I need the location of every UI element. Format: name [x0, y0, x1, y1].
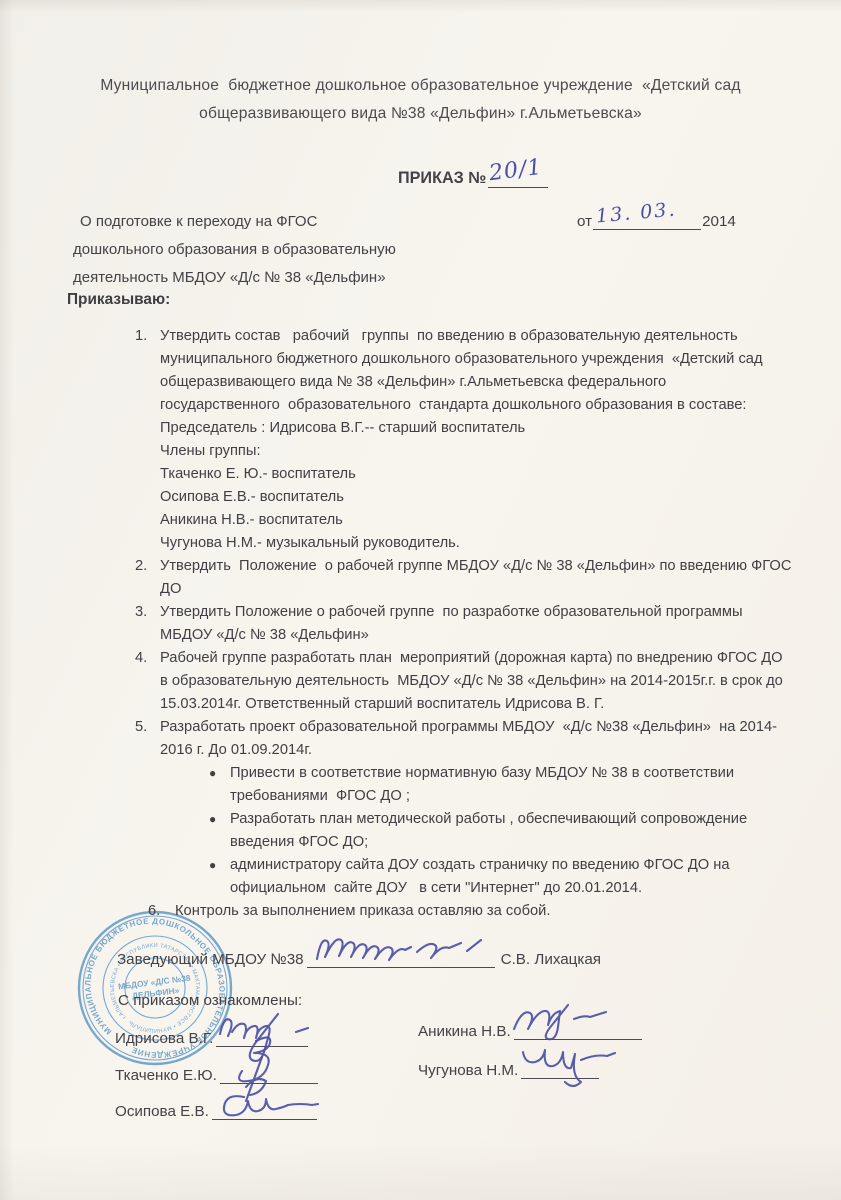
org-name-line2: общеразвивающего вида №38 «Дельфин» г.Ал…	[0, 105, 841, 123]
signature-director	[311, 927, 491, 973]
bullet-line: официальном сайте ДОУ в сети "Интернет" …	[230, 877, 791, 900]
date-underline: 13. 03.	[593, 209, 701, 230]
item-line: 15.03.2014г. Ответственный старший воспи…	[160, 693, 791, 716]
director-name: С.В. Лихацкая	[501, 951, 601, 968]
bullet-item: ● Привести в соответствие нормативную ба…	[202, 762, 791, 808]
director-label: Заведующий МБДОУ №38	[117, 951, 304, 968]
item-line: Рабочей группе разработать план мероприя…	[160, 647, 791, 670]
subject-line: дошкольного образования в образовательну…	[73, 236, 396, 264]
order-title-label: ПРИКАЗ №	[398, 169, 486, 188]
bullet-line: Привести в соответствие нормативную базу…	[230, 762, 791, 785]
bullet-icon: ●	[209, 762, 216, 785]
item-line: Члены группы:	[160, 440, 791, 463]
item-line: МБДОУ «Д/с № 38 «Дельфин»	[160, 624, 791, 647]
bullet-icon: ●	[209, 854, 216, 877]
item-line: Ткаченко Е. Ю.- воспитатель	[160, 463, 791, 486]
date-handwritten: 13. 03.	[595, 199, 677, 228]
signer-label: Идрисова В.Г.	[115, 1030, 213, 1047]
item-line: в образовательную деятельность МБДОУ «Д/…	[160, 670, 791, 693]
item-line: Чугунова Н.М.- музыкальный руководитель.	[160, 532, 791, 555]
item-line: государственного образовательного станда…	[160, 394, 791, 417]
order-number-handwritten: 20/1	[488, 155, 544, 186]
order-item-3: 3. Утвердить Положение о рабочей группе …	[135, 601, 791, 647]
order-date: от 13. 03. 2014	[577, 209, 736, 230]
bullet-line: введения ФГОС ДО;	[230, 831, 791, 854]
order-item-5: 5. Разработать проект образовательной пр…	[135, 716, 791, 900]
item-line: Аникина Н.В.- воспитатель	[160, 509, 791, 532]
subject-line: деятельность МБДОУ «Д/с № 38 «Дельфин»	[73, 264, 396, 292]
item-5-bullets: ● Привести в соответствие нормативную ба…	[202, 762, 791, 900]
item-number: 1.	[135, 325, 147, 348]
director-sign-row: Заведующий МБДОУ №38 С.В. Лихацкая	[117, 948, 601, 968]
bullet-line: администратору сайта ДОУ создать странич…	[230, 854, 791, 877]
item-line: муниципального бюджетного дошкольного об…	[160, 348, 791, 371]
signer-label: Ткаченко Е.Ю.	[115, 1067, 217, 1084]
date-prefix: от	[577, 213, 592, 230]
item-line: общеразвивающего вида № 38 «Дельфин» г.А…	[160, 371, 791, 394]
signer-row-tkachenko: Ткаченко Е.Ю.	[115, 1064, 318, 1084]
signer-row-anikina: Аникина Н.В.	[418, 1020, 642, 1040]
document-scan: { "document": { "org_line1": "Муниципаль…	[0, 0, 841, 1200]
item-line: ДО	[160, 578, 791, 601]
ack-label: С приказом ознакомлены:	[118, 992, 302, 1009]
order-items: 1. Утвердить состав рабочий группы по вв…	[135, 325, 791, 923]
order-item-4: 4. Рабочей группе разработать план мероп…	[135, 647, 791, 716]
order-item-1: 1. Утвердить состав рабочий группы по вв…	[135, 325, 791, 555]
item-line: 2016 г. До 01.09.2014г.	[160, 739, 791, 762]
signature-line	[307, 948, 495, 968]
signer-row-osipova: Осипова Е.В.	[115, 1100, 317, 1120]
item-line: Председатель : Идрисова В.Г.-- старший в…	[160, 417, 791, 440]
order-subject: О подготовке к переходу на ФГОС дошкольн…	[73, 208, 396, 292]
decree-label: Приказываю:	[67, 291, 170, 309]
order-item-2: 2. Утвердить Положение о рабочей группе …	[135, 555, 791, 601]
signature-chugunova	[509, 1040, 619, 1092]
order-item-6: 6. Контроль за выполнением приказа остав…	[135, 900, 791, 923]
order-number-underline: 20/1	[488, 167, 548, 188]
date-year: 2014	[702, 213, 736, 230]
bullet-item: ● администратору сайта ДОУ создать стран…	[202, 854, 791, 900]
item-number: 6.	[148, 900, 160, 923]
item-line: Утвердить Положение о рабочей группе по …	[160, 601, 791, 624]
bullet-line: Разработать план методической работы , о…	[230, 808, 791, 831]
item-line: Утвердить Положение о рабочей группе МБД…	[160, 555, 791, 578]
item-line: Разработать проект образовательной прогр…	[160, 716, 791, 739]
bullet-line: требованиями ФГОС ДО ;	[230, 785, 791, 808]
signer-label: Осипова Е.В.	[115, 1103, 209, 1120]
signer-row-chugunova: Чугунова Н.М.	[418, 1059, 599, 1079]
item-line: Осипова Е.В.- воспитатель	[160, 486, 791, 509]
item-number: 2.	[135, 555, 147, 578]
item-number: 5.	[135, 716, 147, 739]
signature-osipova	[212, 1083, 322, 1125]
subject-line: О подготовке к переходу на ФГОС	[73, 208, 396, 236]
org-name-line1: Муниципальное бюджетное дошкольное образ…	[0, 77, 841, 95]
signature-line	[220, 1064, 318, 1084]
signature-line	[514, 1020, 642, 1040]
signature-line	[212, 1100, 317, 1120]
bullet-item: ● Разработать план методической работы ,…	[202, 808, 791, 854]
item-number: 4.	[135, 647, 147, 670]
signature-line	[521, 1059, 599, 1079]
order-title: ПРИКАЗ № 20/1	[398, 167, 548, 188]
signer-label: Чугунова Н.М.	[418, 1062, 518, 1079]
item-number: 3.	[135, 601, 147, 624]
bullet-icon: ●	[209, 808, 216, 831]
item-line: Контроль за выполнением приказа оставляю…	[175, 900, 791, 923]
item-line: Утвердить состав рабочий группы по введе…	[160, 325, 791, 348]
signer-label: Аникина Н.В.	[418, 1023, 511, 1040]
